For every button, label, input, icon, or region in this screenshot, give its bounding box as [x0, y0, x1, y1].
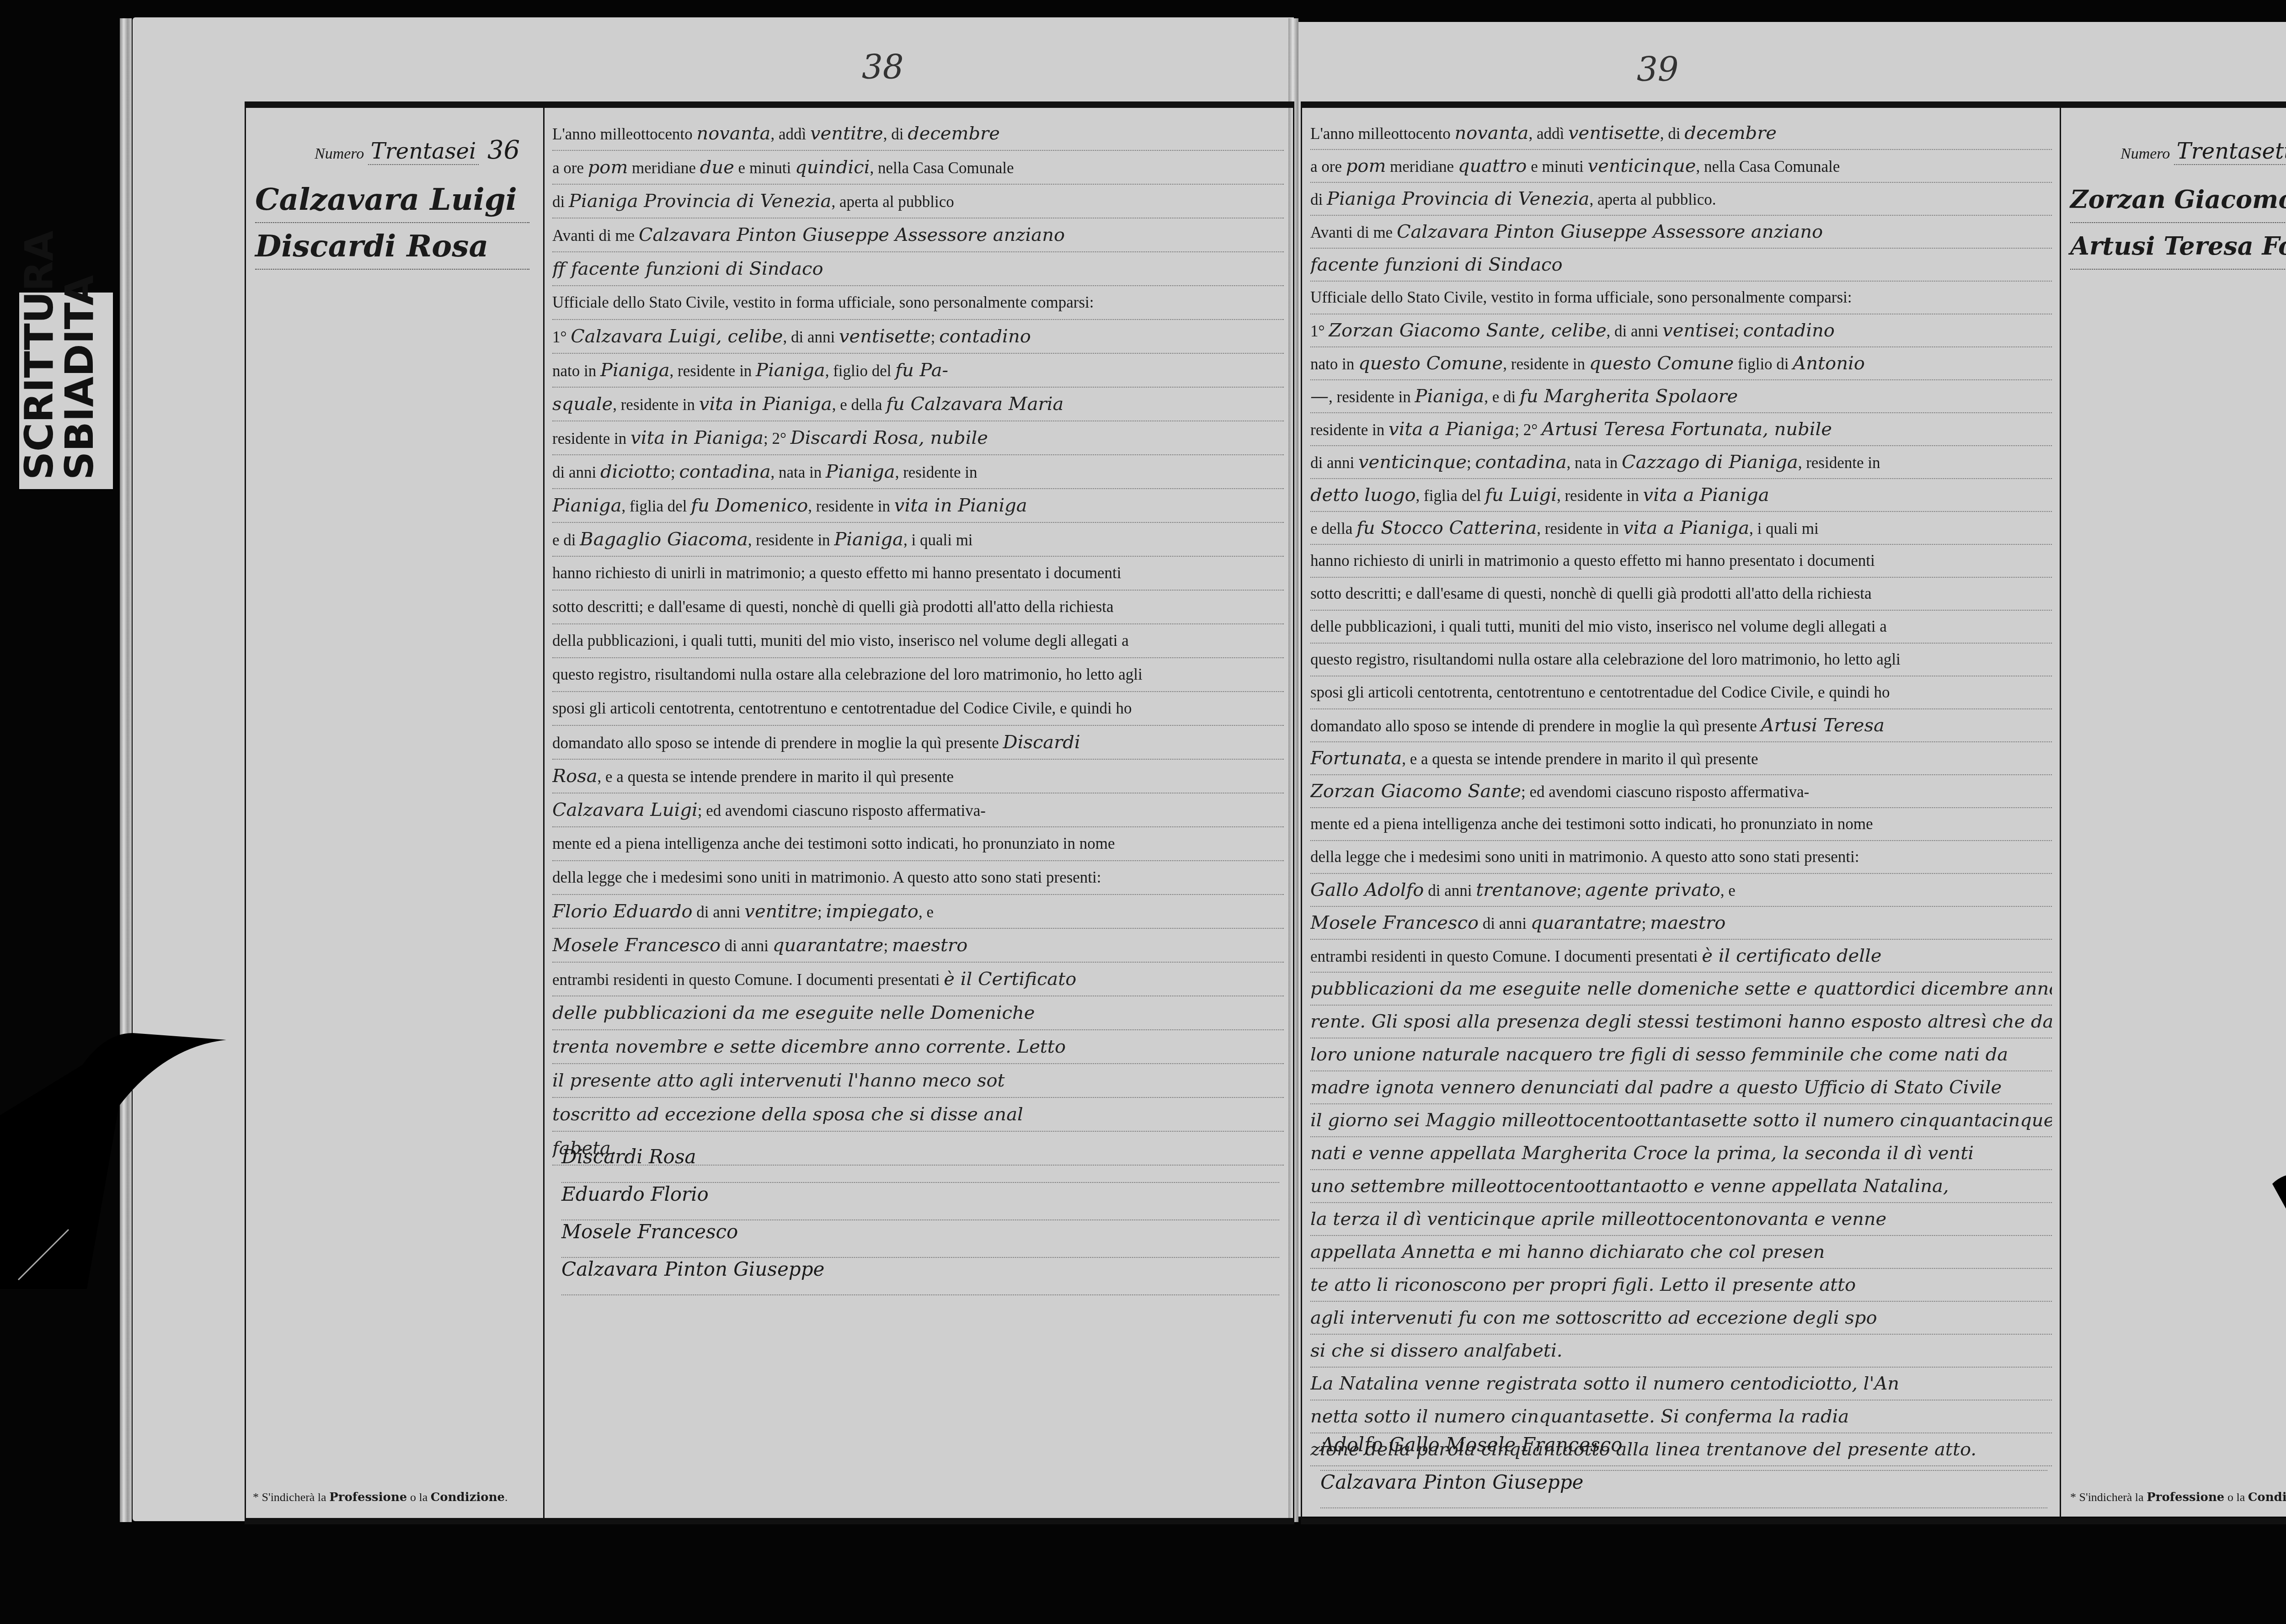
- register-line: Mosele Francesco di anni quarantatre; ma…: [552, 929, 1284, 963]
- printed-text: figlio di: [1734, 355, 1793, 373]
- printed-text: , aperta al pubblico.: [1589, 191, 1716, 208]
- handwritten-entry: facente funzioni di Sindaco: [1310, 254, 1563, 275]
- signature: Discardi Rosa: [561, 1145, 1279, 1183]
- register-line: 1° Zorzan Giacomo Sante, celibe, di anni…: [1310, 314, 2052, 347]
- printed-text: , addì: [770, 125, 810, 143]
- handwritten-entry: ventisette: [839, 326, 931, 347]
- register-line: Gallo Adolfo di anni trentanove; agente …: [1310, 874, 2052, 907]
- register-line: Ufficiale dello Stato Civile, vestito in…: [552, 286, 1284, 320]
- handwritten-entry: ventitre: [810, 123, 883, 144]
- register-line: hanno richiesto di unirli in matrimonio …: [1310, 545, 2052, 578]
- handwritten-entry: fu Margherita Spolaore: [1520, 386, 1738, 407]
- handwritten-entry: quattro: [1458, 155, 1527, 176]
- handwritten-entry: appellata Annetta e mi hanno dichiarato …: [1310, 1241, 1825, 1262]
- register-line: e della fu Stocco Catterina, residente i…: [1310, 512, 2052, 545]
- handwritten-entry: fu Pa-: [895, 360, 948, 381]
- register-line: delle pubblicazioni, i quali tutti, muni…: [1310, 611, 2052, 644]
- left-footnote: * S'indicherà la Professione o la Condiz…: [253, 1491, 508, 1504]
- printed-text: , nella Casa Comunale: [870, 159, 1014, 177]
- register-line: netta sotto il numero cinquantasette. Si…: [1310, 1400, 2052, 1433]
- handwritten-entry: impiegato: [826, 901, 919, 922]
- register-line: sposi gli articoli centotrenta, centotre…: [552, 692, 1284, 726]
- printed-text: entrambi residenti in questo Comune. I d…: [1310, 948, 1702, 965]
- right-signatures: Adolfo Gallo Mosele FrancescoCalzavara P…: [1320, 1433, 2047, 1508]
- spouse-names: Calzavara Luigi Discardi Rosa: [255, 176, 529, 270]
- printed-text: , figlio del: [825, 362, 896, 380]
- register-line: Pianiga, figlia del fu Domenico, residen…: [552, 489, 1284, 523]
- signature: Adolfo Gallo Mosele Francesco: [1320, 1433, 2047, 1471]
- printed-text: di: [1310, 191, 1327, 208]
- handwritten-entry: Rosa: [552, 766, 598, 787]
- printed-text: a ore: [1310, 158, 1346, 176]
- right-act-text: L'anno milleottocento novanta, addì vent…: [1310, 117, 2052, 1466]
- handwritten-entry: Gallo Adolfo: [1310, 879, 1424, 900]
- handwritten-entry: squale: [552, 394, 613, 415]
- printed-text: mente ed a piena intelligenza anche dei …: [1310, 815, 1873, 833]
- handwritten-entry: Pianiga: [1415, 386, 1485, 407]
- handwritten-entry: Pianiga: [552, 495, 622, 516]
- printed-text: meridiane: [628, 159, 700, 177]
- register-line: ff facente funzioni di Sindaco: [552, 252, 1284, 286]
- handwritten-entry: netta sotto il numero cinquantasette. Si…: [1310, 1406, 1849, 1427]
- handwritten-entry: quarantatre: [1531, 912, 1642, 933]
- register-line: Calzavara Luigi; ed avendomi ciascuno ri…: [552, 793, 1284, 827]
- printed-text: di anni: [1424, 882, 1476, 900]
- register-line: residente in vita in Pianiga; 2° Discard…: [552, 421, 1284, 455]
- handwritten-entry: maestro: [1650, 912, 1725, 933]
- printed-text: questo registro, risultandomi nulla osta…: [1310, 650, 1901, 668]
- printed-text: sposi gli articoli centotrenta, centotre…: [1310, 683, 1890, 701]
- handwritten-entry: fu Domenico: [691, 495, 808, 516]
- handwritten-entry: venticinque: [1588, 155, 1696, 176]
- handwritten-entry: ventisei: [1662, 320, 1735, 341]
- register-line: sotto descritti; e dall'esame di questi,…: [552, 591, 1284, 624]
- printed-text: , nata in: [1567, 454, 1622, 472]
- printed-text: , nella Casa Comunale: [1696, 158, 1840, 176]
- printed-text: sotto descritti; e dall'esame di questi,…: [1310, 585, 1872, 602]
- left-page-edges: [120, 18, 132, 1522]
- register-line: sposi gli articoli centotrenta, centotre…: [1310, 676, 2052, 709]
- left-signatures: Discardi RosaEduardo FlorioMosele France…: [561, 1145, 1279, 1295]
- handwritten-entry: il giorno sei Maggio milleottocentoottan…: [1310, 1110, 2052, 1131]
- printed-text: , e della: [832, 396, 887, 414]
- printed-text: , residente in: [808, 497, 894, 515]
- printed-text: ;: [931, 328, 939, 346]
- handwritten-entry: Zorzan Giacomo Sante: [1310, 781, 1521, 802]
- printed-text: ;: [817, 903, 826, 921]
- printed-text: L'anno milleottocento: [552, 125, 696, 143]
- handwritten-entry: loro unione naturale nacquero tre figli …: [1310, 1044, 2008, 1065]
- printed-text: ;: [1641, 915, 1650, 932]
- handwritten-entry: Pianiga Provincia di Venezia: [1327, 188, 1589, 209]
- register-line: trenta novembre e sette dicembre anno co…: [552, 1030, 1284, 1064]
- printed-text: nato in: [1310, 355, 1358, 373]
- handwritten-entry: quindici: [795, 157, 870, 178]
- handwritten-entry: Mosele Francesco: [552, 935, 721, 956]
- printed-text: , residente in: [670, 362, 756, 380]
- printed-text: , di: [883, 125, 908, 143]
- handwritten-entry: madre ignota vennero denunciati dal padr…: [1310, 1077, 2002, 1098]
- bride-name: Discardi Rosa: [255, 223, 529, 270]
- handwritten-entry: contadina: [1475, 452, 1566, 473]
- printed-text: , residente in: [1503, 355, 1589, 373]
- handwritten-entry: toscritto ad eccezione della sposa che s…: [552, 1104, 1023, 1125]
- printed-text: Ufficiale dello Stato Civile, vestito in…: [552, 293, 1094, 311]
- printed-text: ; 2°: [764, 430, 790, 447]
- register-line: madre ignota vennero denunciati dal padr…: [1310, 1071, 2052, 1104]
- handwritten-entry: detto luogo: [1310, 485, 1416, 506]
- register-line: hanno richiesto di unirli in matrimonio;…: [552, 557, 1284, 591]
- handwritten-entry: fu Stocco Catterina: [1357, 517, 1537, 538]
- printed-text: hanno richiesto di unirli in matrimonio …: [1310, 552, 1875, 570]
- register-line: della legge che i medesimi sono uniti in…: [552, 861, 1284, 895]
- left-act-text: L'anno milleottocento novanta, addì vent…: [552, 117, 1284, 1166]
- register-line: a ore pom meridiane due e minuti quindic…: [552, 151, 1284, 185]
- handwritten-entry: te atto li riconoscono per propri figli.…: [1310, 1274, 1856, 1295]
- printed-text: , e: [1720, 882, 1736, 900]
- handwritten-entry: ventitre: [744, 901, 817, 922]
- printed-text: entrambi residenti in questo Comune. I d…: [552, 971, 944, 989]
- register-line: di anni venticinque; contadina, nata in …: [1310, 446, 2052, 479]
- handwritten-entry: pom: [1346, 155, 1386, 176]
- register-line: delle pubblicazioni da me eseguite nelle…: [552, 996, 1284, 1030]
- act-number: Numero Trentasei 36: [315, 135, 520, 165]
- register-line: sotto descritti; e dall'esame di questi,…: [1310, 578, 2052, 611]
- register-line: La Natalina venne registrata sotto il nu…: [1310, 1368, 2052, 1400]
- handwritten-entry: quarantatre: [773, 935, 884, 956]
- signature: Eduardo Florio: [561, 1183, 1279, 1220]
- printed-text: ;: [1577, 882, 1585, 900]
- printed-text: , residente in: [1557, 487, 1643, 505]
- printed-text: , di: [1660, 125, 1684, 143]
- register-line: Florio Eduardo di anni ventitre; impiega…: [552, 895, 1284, 929]
- register-line: Avanti di me Calzavara Pinton Giuseppe A…: [1310, 216, 2052, 249]
- printed-text: nato in: [552, 362, 600, 380]
- printed-text: , e a questa se intende prendere in mari…: [598, 768, 954, 786]
- handwritten-entry: uno settembre milleottocentoottantaotto …: [1310, 1176, 1949, 1197]
- handwritten-entry: trenta novembre e sette dicembre anno co…: [552, 1036, 1066, 1057]
- act-number-label: Numero: [2120, 145, 2170, 162]
- register-line: a ore pom meridiane quattro e minuti ven…: [1310, 150, 2052, 183]
- handwritten-entry: ventisette: [1568, 122, 1660, 144]
- register-line: pubblicazioni da me eseguite nelle domen…: [1310, 973, 2052, 1006]
- handwritten-entry: vita in Pianiga: [894, 495, 1027, 516]
- handwritten-entry: pom: [588, 157, 628, 178]
- register-spread: SCRITTURA SBIADITA 38 39 Pianiga Numero …: [0, 0, 2286, 1624]
- handwritten-entry: Mosele Francesco: [1310, 912, 1479, 933]
- printed-text: Avanti di me: [1310, 224, 1397, 241]
- act-number-words: Trentasette: [2174, 138, 2286, 165]
- printed-text: di: [552, 193, 569, 211]
- register-line: rente. Gli sposi alla presenza degli ste…: [1310, 1006, 2052, 1038]
- printed-text: , residente in: [1798, 454, 1880, 472]
- left-ribbon-bookmark: [0, 1015, 238, 1289]
- handwritten-entry: contadino: [1743, 320, 1834, 341]
- printed-text: , di anni: [1607, 322, 1662, 340]
- handwritten-entry: contadina: [679, 461, 770, 482]
- printed-text: , i quali mi: [1749, 520, 1819, 538]
- handwritten-entry: ff facente funzioni di Sindaco: [552, 258, 823, 279]
- handwritten-entry: due: [700, 157, 734, 178]
- register-line: te atto li riconoscono per propri figli.…: [1310, 1269, 2052, 1302]
- printed-text: questo registro, risultandomi nulla osta…: [552, 666, 1143, 683]
- handwritten-entry: la terza il dì venticinque aprile milleo…: [1310, 1209, 1886, 1230]
- handwritten-entry: è il certificato delle: [1702, 945, 1881, 966]
- handwritten-entry: Pianiga: [600, 360, 670, 381]
- handwritten-entry: —: [1310, 386, 1329, 407]
- handwritten-entry: delle pubblicazioni da me eseguite nelle…: [552, 1002, 1035, 1023]
- act-number-label: Numero: [315, 145, 364, 162]
- register-line: si che si dissero analfabeti.: [1310, 1335, 2052, 1368]
- register-line: Rosa, e a questa se intende prendere in …: [552, 760, 1284, 793]
- printed-text: 1°: [1310, 322, 1329, 340]
- register-line: Avanti di me Calzavara Pinton Giuseppe A…: [552, 218, 1284, 252]
- handwritten-entry: fu Luigi: [1485, 485, 1557, 506]
- printed-text: sotto descritti; e dall'esame di questi,…: [552, 598, 1114, 616]
- printed-text: , di anni: [783, 328, 839, 346]
- handwritten-entry: questo Comune: [1589, 353, 1734, 374]
- bride-name: Artusi Teresa Fortunata: [2070, 223, 2286, 270]
- groom-name: Zorzan Giacomo Sante: [2070, 176, 2286, 223]
- printed-text: , e: [919, 903, 934, 921]
- handwritten-entry: è il Certificato: [944, 969, 1076, 990]
- signature: Calzavara Pinton Giuseppe: [1320, 1471, 2047, 1508]
- printed-text: , i quali mi: [903, 531, 973, 549]
- faded-writing-label: SCRITTURA SBIADITA: [19, 293, 113, 489]
- handwritten-entry: venticinque: [1358, 452, 1467, 473]
- handwritten-entry: si che si dissero analfabeti.: [1310, 1340, 1562, 1361]
- printed-text: , addì: [1528, 125, 1568, 143]
- printed-text: 1°: [552, 328, 571, 346]
- register-line: uno settembre milleottocentoottantaotto …: [1310, 1170, 2052, 1203]
- handwritten-entry: novanta: [1454, 122, 1528, 144]
- register-line: la terza il dì venticinque aprile milleo…: [1310, 1203, 2052, 1236]
- right-page-number: 39: [1637, 50, 1679, 89]
- handwritten-entry: Artusi Teresa Fortunata, nubile: [1542, 419, 1832, 440]
- act-number-words: Trentasei: [368, 138, 479, 165]
- printed-text: , e a questa se intende prendere in mari…: [1402, 750, 1758, 768]
- printed-text: e minuti: [734, 159, 795, 177]
- printed-text: , residente in: [613, 396, 699, 414]
- printed-text: e minuti: [1527, 158, 1587, 176]
- printed-text: ;: [883, 937, 892, 955]
- register-line: questo registro, risultandomi nulla osta…: [1310, 644, 2052, 676]
- register-line: Mosele Francesco di anni quarantatre; ma…: [1310, 907, 2052, 940]
- printed-text: , aperta al pubblico: [831, 193, 954, 211]
- register-line: domandato allo sposo se intende di prend…: [1310, 709, 2052, 742]
- printed-text: , figlia del: [622, 497, 691, 515]
- printed-text: , e di: [1484, 388, 1520, 406]
- groom-name: Calzavara Luigi: [255, 176, 529, 223]
- printed-text: di anni: [552, 463, 600, 481]
- printed-text: , figlia del: [1416, 487, 1485, 505]
- printed-text: residente in: [1310, 421, 1389, 439]
- register-line: nato in questo Comune, residente in ques…: [1310, 347, 2052, 380]
- register-line: squale, residente in vita in Pianiga, e …: [552, 388, 1284, 421]
- handwritten-entry: questo Comune: [1358, 353, 1503, 374]
- printed-text: delle pubblicazioni, i quali tutti, muni…: [1310, 618, 1887, 635]
- handwritten-entry: vita a Pianiga: [1623, 517, 1749, 538]
- handwritten-entry: Florio Eduardo: [552, 901, 693, 922]
- printed-text: meridiane: [1386, 158, 1458, 176]
- printed-text: di anni: [1479, 915, 1531, 932]
- handwritten-entry: agente privato: [1585, 879, 1720, 900]
- left-act-frame: Numero Trentasei 36 Calzavara Luigi Disc…: [245, 101, 1294, 1524]
- printed-text: hanno richiesto di unirli in matrimonio;…: [552, 564, 1122, 582]
- register-line: Fortunata, e a questa se intende prender…: [1310, 742, 2052, 775]
- printed-text: sposi gli articoli centotrenta, centotre…: [552, 699, 1132, 717]
- handwritten-entry: Bagaglio Giacoma: [580, 529, 748, 550]
- register-line: loro unione naturale nacquero tre figli …: [1310, 1038, 2052, 1071]
- handwritten-entry: Pianiga: [756, 360, 825, 381]
- handwritten-entry: vita a Pianiga: [1389, 419, 1515, 440]
- act-number-digits: 36: [487, 135, 520, 165]
- register-line: 1° Calzavara Luigi, celibe, di anni vent…: [552, 320, 1284, 354]
- register-line: residente in vita a Pianiga; 2° Artusi T…: [1310, 413, 2052, 446]
- handwritten-entry: vita in Pianiga: [699, 394, 832, 415]
- printed-text: , nata in: [771, 463, 826, 481]
- handwritten-entry: decembre: [1684, 122, 1777, 144]
- register-line: L'anno milleottocento novanta, addì vent…: [552, 117, 1284, 151]
- handwritten-entry: novanta: [696, 123, 770, 144]
- handwritten-entry: vita a Pianiga: [1643, 485, 1769, 506]
- register-line: della pubblicazioni, i quali tutti, muni…: [552, 624, 1284, 658]
- handwritten-entry: Pianiga: [834, 529, 903, 550]
- left-margin-column: Numero Trentasei 36 Calzavara Luigi Disc…: [246, 108, 545, 1518]
- handwritten-entry: Calzavara Luigi: [552, 799, 698, 820]
- left-page-number: 38: [862, 48, 904, 86]
- printed-text: a ore: [552, 159, 588, 177]
- register-line: domandato allo sposo se intende di prend…: [552, 726, 1284, 760]
- register-line: Ufficiale dello Stato Civile, vestito in…: [1310, 282, 2052, 314]
- printed-text: della legge che i medesimi sono uniti in…: [552, 868, 1101, 886]
- handwritten-entry: pubblicazioni da me eseguite nelle domen…: [1310, 978, 2052, 999]
- printed-text: ; ed avendomi ciascuno risposto affermat…: [698, 802, 986, 820]
- printed-text: Avanti di me: [552, 227, 639, 245]
- handwritten-entry: Calzavara Pinton Giuseppe Assessore anzi…: [639, 224, 1065, 245]
- printed-text: ; ed avendomi ciascuno risposto affermat…: [1521, 783, 1809, 801]
- printed-text: domandato allo sposo se intende di prend…: [552, 734, 1003, 752]
- printed-text: mente ed a piena intelligenza anche dei …: [552, 835, 1115, 852]
- handwritten-entry: Antonio: [1793, 353, 1864, 374]
- handwritten-entry: diciotto: [600, 461, 671, 482]
- handwritten-entry: rente. Gli sposi alla presenza degli ste…: [1310, 1011, 2052, 1032]
- printed-text: residente in: [552, 430, 630, 447]
- handwritten-entry: vita in Pianiga: [630, 427, 764, 448]
- handwritten-entry: La Natalina venne registrata sotto il nu…: [1310, 1373, 1899, 1394]
- printed-text: di anni: [721, 937, 773, 955]
- handwritten-entry: maestro: [892, 935, 967, 956]
- printed-text: di anni: [1310, 454, 1358, 472]
- label-line-1: SCRITTURA: [19, 283, 59, 480]
- handwritten-entry: Artusi Teresa: [1761, 715, 1885, 736]
- register-line: —, residente in Pianiga, e di fu Margher…: [1310, 380, 2052, 413]
- handwritten-entry: agli intervenuti fu con me sottoscritto …: [1310, 1307, 1877, 1328]
- register-line: entrambi residenti in questo Comune. I d…: [1310, 940, 2052, 973]
- act-number: Numero Trentasette 37: [2120, 135, 2286, 165]
- label-line-2: SBIADITA: [59, 283, 100, 480]
- right-act-frame: Numero Trentasette 37 Zorzan Giacomo San…: [1301, 101, 2286, 1524]
- printed-text: L'anno milleottocento: [1310, 125, 1454, 143]
- handwritten-entry: contadino: [939, 326, 1031, 347]
- register-line: nati e venne appellata Margherita Croce …: [1310, 1137, 2052, 1170]
- handwritten-entry: decembre: [908, 123, 1000, 144]
- handwritten-entry: Pianiga: [826, 461, 895, 482]
- register-line: nato in Pianiga, residente in Pianiga, f…: [552, 354, 1284, 388]
- printed-text: , residente in: [748, 531, 834, 549]
- printed-text: ; 2°: [1515, 421, 1542, 439]
- printed-text: , residente in: [895, 463, 977, 481]
- handwritten-entry: Fortunata: [1310, 748, 1402, 769]
- handwritten-entry: fu Calzavara Maria: [886, 394, 1063, 415]
- right-footnote: * S'indicherà la Professione o la Condiz…: [2070, 1491, 2286, 1504]
- printed-text: della legge che i medesimi sono uniti in…: [1310, 848, 1859, 866]
- printed-text: domandato allo sposo se intende di prend…: [1310, 717, 1761, 735]
- register-line: di anni diciotto; contadina, nata in Pia…: [552, 455, 1284, 489]
- register-line: il giorno sei Maggio milleottocentoottan…: [1310, 1104, 2052, 1137]
- register-line: e di Bagaglio Giacoma, residente in Pian…: [552, 523, 1284, 557]
- register-line: toscritto ad eccezione della sposa che s…: [552, 1098, 1284, 1132]
- printed-text: ;: [671, 463, 679, 481]
- handwritten-entry: Pianiga Provincia di Venezia: [569, 191, 831, 212]
- right-margin-column: Numero Trentasette 37 Zorzan Giacomo San…: [2060, 108, 2286, 1518]
- register-line: Zorzan Giacomo Sante; ed avendomi ciascu…: [1310, 775, 2052, 808]
- printed-text: della pubblicazioni, i quali tutti, muni…: [552, 632, 1129, 650]
- handwritten-entry: Calzavara Pinton Giuseppe Assessore anzi…: [1397, 221, 1823, 242]
- printed-text: e di: [552, 531, 580, 549]
- handwritten-entry: trentanove: [1476, 879, 1577, 900]
- register-line: il presente atto agli intervenuti l'hann…: [552, 1064, 1284, 1098]
- register-line: di Pianiga Provincia di Venezia, aperta …: [1310, 183, 2052, 216]
- handwritten-entry: Discardi: [1003, 732, 1080, 753]
- printed-text: Ufficiale dello Stato Civile, vestito in…: [1310, 288, 1852, 306]
- printed-text: di anni: [693, 903, 745, 921]
- register-line: mente ed a piena intelligenza anche dei …: [1310, 808, 2052, 841]
- handwritten-entry: nati e venne appellata Margherita Croce …: [1310, 1143, 1974, 1164]
- register-line: facente funzioni di Sindaco: [1310, 249, 2052, 282]
- register-line: detto luogo, figlia del fu Luigi, reside…: [1310, 479, 2052, 512]
- register-line: questo registro, risultandomi nulla osta…: [552, 658, 1284, 692]
- signature: Calzavara Pinton Giuseppe: [561, 1258, 1279, 1295]
- handwritten-entry: Discardi Rosa, nubile: [790, 427, 988, 448]
- register-line: entrambi residenti in questo Comune. I d…: [552, 963, 1284, 996]
- printed-text: , residente in: [1329, 388, 1415, 406]
- handwritten-entry: Calzavara Luigi, celibe: [571, 326, 783, 347]
- printed-text: , residente in: [1537, 520, 1623, 538]
- handwritten-entry: Zorzan Giacomo Sante, celibe: [1329, 320, 1606, 341]
- register-line: di Pianiga Provincia di Venezia, aperta …: [552, 185, 1284, 218]
- register-line: L'anno milleottocento novanta, addì vent…: [1310, 117, 2052, 150]
- handwritten-entry: il presente atto agli intervenuti l'hann…: [552, 1070, 1005, 1091]
- register-line: mente ed a piena intelligenza anche dei …: [552, 827, 1284, 861]
- register-line: appellata Annetta e mi hanno dichiarato …: [1310, 1236, 2052, 1269]
- printed-text: e della: [1310, 520, 1357, 538]
- printed-text: ;: [1467, 454, 1475, 472]
- register-line: agli intervenuti fu con me sottoscritto …: [1310, 1302, 2052, 1335]
- handwritten-entry: Cazzago di Pianiga: [1622, 452, 1798, 473]
- register-line: della legge che i medesimi sono uniti in…: [1310, 841, 2052, 874]
- spouse-names: Zorzan Giacomo Sante Artusi Teresa Fortu…: [2070, 176, 2286, 270]
- printed-text: ;: [1735, 322, 1743, 340]
- signature: Mosele Francesco: [561, 1220, 1279, 1258]
